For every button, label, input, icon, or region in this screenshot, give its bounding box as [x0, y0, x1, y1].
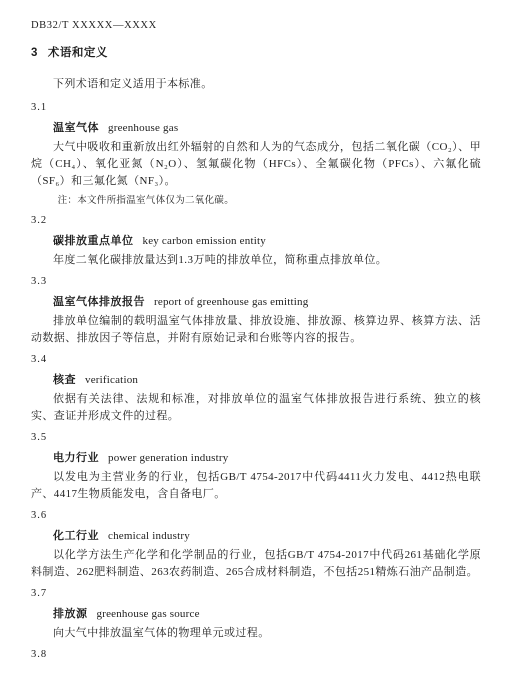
definition-paragraph: 以发电为主营业务的行业，包括GB/T 4754-2017中代码4411火力发电、… [31, 469, 481, 503]
standard-document-page: DB32/T XXXXX—XXXX 3术语和定义 下列术语和定义适用于本标准。 … [0, 0, 512, 680]
term-chinese: 碳排放重点单位 [53, 235, 134, 247]
definition-paragraphs: 大气中吸收和重新放出红外辐射的自然和人为的气态成分，包括二氧化碳（CO₂）、甲烷… [31, 139, 481, 190]
term-row: 化工行业chemical industry [31, 528, 481, 545]
clause-number: 3.4 [31, 351, 481, 368]
clause-number: 3.7 [31, 585, 481, 602]
terms-sections: 3.1 温室气体greenhouse gas 大气中吸收和重新放出红外辐射的自然… [31, 99, 481, 663]
intro-sentence: 下列术语和定义适用于本标准。 [31, 76, 481, 93]
definition-paragraph: 大气中吸收和重新放出红外辐射的自然和人为的气态成分，包括二氧化碳（CO₂）、甲烷… [31, 139, 481, 190]
term-section: 3.6 化工行业chemical industry 以化学方法生产化学和化学制品… [31, 507, 481, 581]
term-english: greenhouse gas source [97, 608, 200, 620]
term-section: 3.7 排放源greenhouse gas source 向大气中排放温室气体的… [31, 585, 481, 642]
definition-paragraph: 年度二氧化碳排放量达到1.3万吨的排放单位，简称重点排放单位。 [31, 252, 481, 269]
term-chinese: 温室气体 [53, 122, 99, 134]
note: 注：本文件所指温室气体仅为二氧化碳。 [31, 195, 481, 208]
definition-paragraphs: 年度二氧化碳排放量达到1.3万吨的排放单位，简称重点排放单位。 [31, 252, 481, 269]
definition-paragraph: 依据有关法律、法规和标准，对排放单位的温室气体排放报告进行系统、独立的核实、查证… [31, 391, 481, 425]
definition-paragraph: 向大气中排放温室气体的物理单元或过程。 [31, 625, 481, 642]
definition-paragraphs: 以发电为主营业务的行业，包括GB/T 4754-2017中代码4411火力发电、… [31, 469, 481, 503]
term-section: 3.1 温室气体greenhouse gas 大气中吸收和重新放出红外辐射的自然… [31, 99, 481, 208]
term-section: 3.8 [31, 646, 481, 663]
clause-number: 3.1 [31, 99, 481, 116]
definition-paragraphs: 排放单位编制的载明温室气体排放量、排放设施、排放源、核算边界、核算方法、活动数据… [31, 313, 481, 347]
definition-paragraphs: 向大气中排放温室气体的物理单元或过程。 [31, 625, 481, 642]
clause-heading-number: 3 [31, 47, 38, 59]
term-section: 3.4 核查verification 依据有关法律、法规和标准，对排放单位的温室… [31, 351, 481, 425]
definition-paragraph: 排放单位编制的载明温室气体排放量、排放设施、排放源、核算边界、核算方法、活动数据… [31, 313, 481, 347]
clause-number: 3.6 [31, 507, 481, 524]
term-section: 3.3 温室气体排放报告report of greenhouse gas emi… [31, 273, 481, 347]
term-row: 核查verification [31, 372, 481, 389]
definition-paragraph: 以化学方法生产化学和化学制品的行业，包括GB/T 4754-2017中代码261… [31, 547, 481, 581]
term-english: greenhouse gas [108, 122, 178, 134]
term-row: 排放源greenhouse gas source [31, 606, 481, 623]
clause-number: 3.2 [31, 212, 481, 229]
term-english: chemical industry [108, 530, 190, 542]
term-english: verification [85, 374, 138, 386]
term-section: 3.5 电力行业power generation industry 以发电为主营… [31, 429, 481, 503]
term-row: 温室气体greenhouse gas [31, 120, 481, 137]
clause-heading: 3术语和定义 [31, 46, 481, 61]
term-chinese: 温室气体排放报告 [53, 296, 145, 308]
term-chinese: 化工行业 [53, 530, 99, 542]
term-row: 碳排放重点单位key carbon emission entity [31, 233, 481, 250]
clause-number: 3.3 [31, 273, 481, 290]
term-english: report of greenhouse gas emitting [154, 296, 308, 308]
definition-paragraphs: 依据有关法律、法规和标准，对排放单位的温室气体排放报告进行系统、独立的核实、查证… [31, 391, 481, 425]
clause-number: 3.5 [31, 429, 481, 446]
term-section: 3.2 碳排放重点单位key carbon emission entity 年度… [31, 212, 481, 269]
definition-paragraphs: 以化学方法生产化学和化学制品的行业，包括GB/T 4754-2017中代码261… [31, 547, 481, 581]
term-chinese: 排放源 [53, 608, 88, 620]
clause-heading-title: 术语和定义 [48, 47, 108, 59]
document-code-header: DB32/T XXXXX—XXXX [31, 19, 481, 33]
term-row: 电力行业power generation industry [31, 450, 481, 467]
term-english: power generation industry [108, 452, 228, 464]
term-english: key carbon emission entity [143, 235, 266, 247]
term-chinese: 核查 [53, 374, 76, 386]
clause-number: 3.8 [31, 646, 481, 663]
term-chinese: 电力行业 [53, 452, 99, 464]
term-row: 温室气体排放报告report of greenhouse gas emittin… [31, 294, 481, 311]
